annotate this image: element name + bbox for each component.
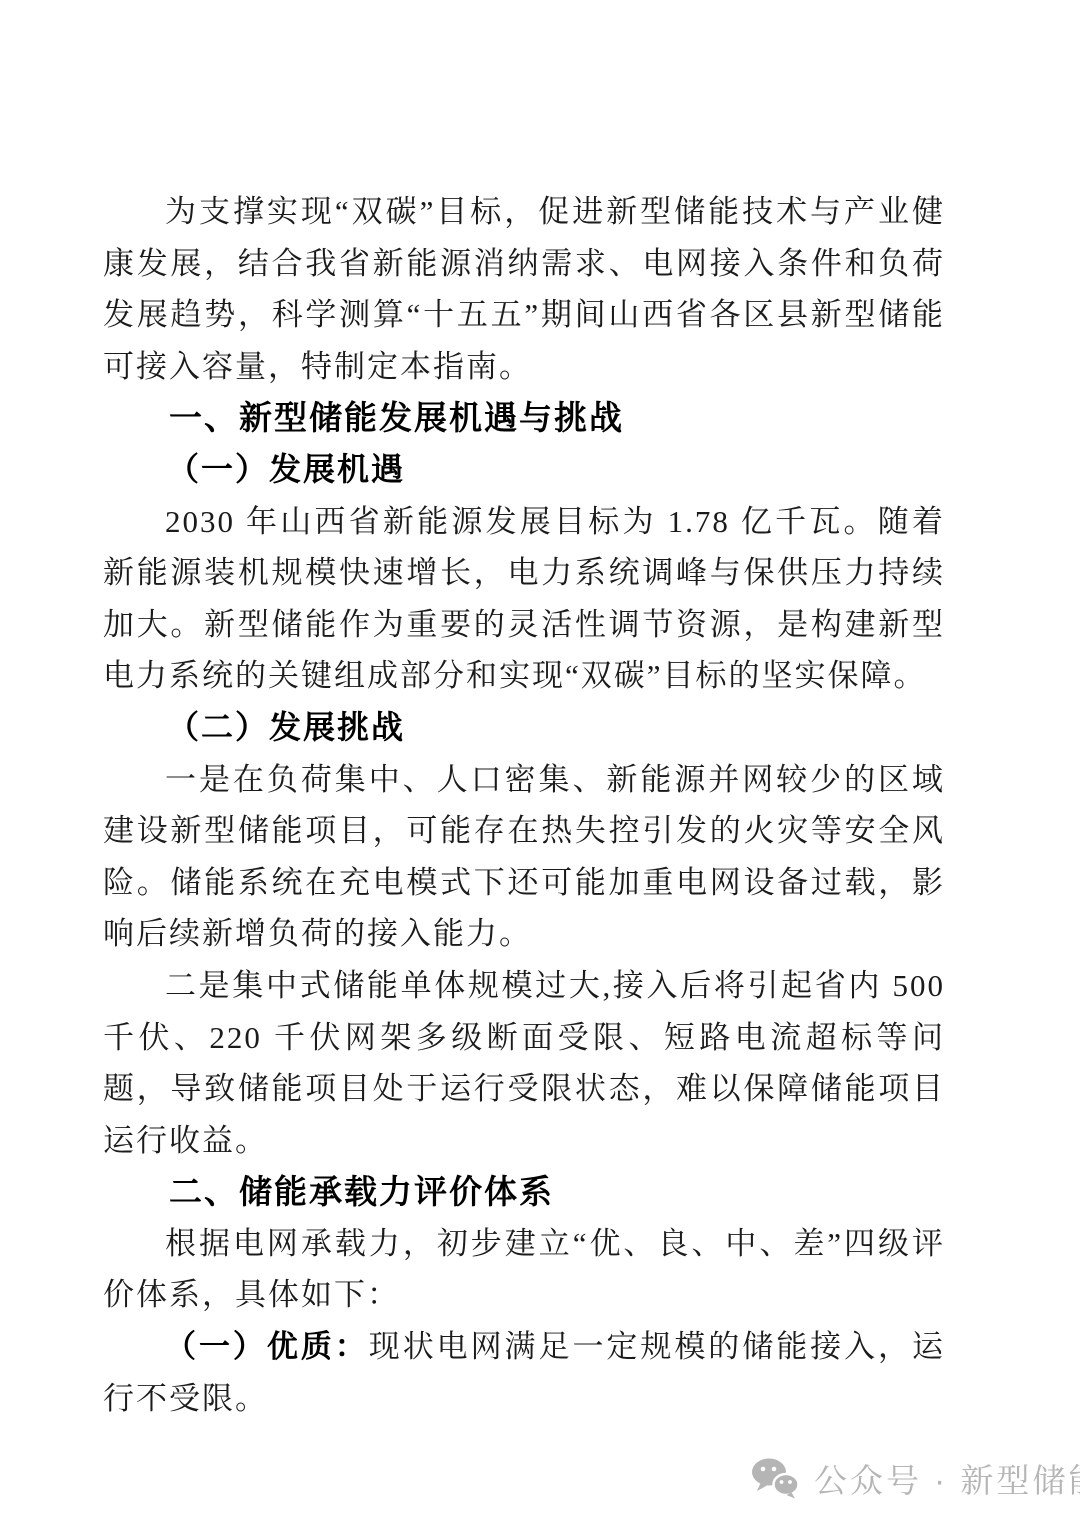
wechat-icon [750, 1457, 800, 1499]
paragraph-opportunities: 2030 年山西省新能源发展目标为 1.78 亿千瓦。随着新能源装机规模快速增长… [103, 496, 945, 702]
grade-excellent-label: （一）优质： [165, 1329, 369, 1364]
watermark: 公众号 · 新型储能 [750, 1446, 1080, 1510]
section-heading-development: 一、新型储能发展机遇与挑战 [103, 392, 945, 444]
section-heading-evaluation: 二、储能承载力评价体系 [103, 1166, 945, 1218]
watermark-text: 公众号 · 新型储能 [814, 1455, 1080, 1502]
paragraph-challenge-1: 一是在负荷集中、人口密集、新能源并网较少的区域建设新型储能项目，可能存在热失控引… [103, 754, 945, 960]
document-body: 为支撑实现“双碳”目标，促进新型储能技术与产业健康发展，结合我省新能源消纳需求、… [103, 186, 945, 1424]
subheading-challenges: （二）发展挑战 [103, 702, 945, 754]
paragraph-intro: 为支撑实现“双碳”目标，促进新型储能技术与产业健康发展，结合我省新能源消纳需求、… [103, 186, 945, 392]
paragraph-challenge-2: 二是集中式储能单体规模过大,接入后将引起省内 500 千伏、220 千伏网架多级… [103, 960, 945, 1166]
subheading-opportunities: （一）发展机遇 [103, 444, 945, 496]
paragraph-evaluation-intro: 根据电网承载力，初步建立“优、良、中、差”四级评价体系，具体如下： [103, 1218, 945, 1321]
paragraph-grade-excellent: （一）优质：现状电网满足一定规模的储能接入，运行不受限。 [103, 1321, 945, 1424]
